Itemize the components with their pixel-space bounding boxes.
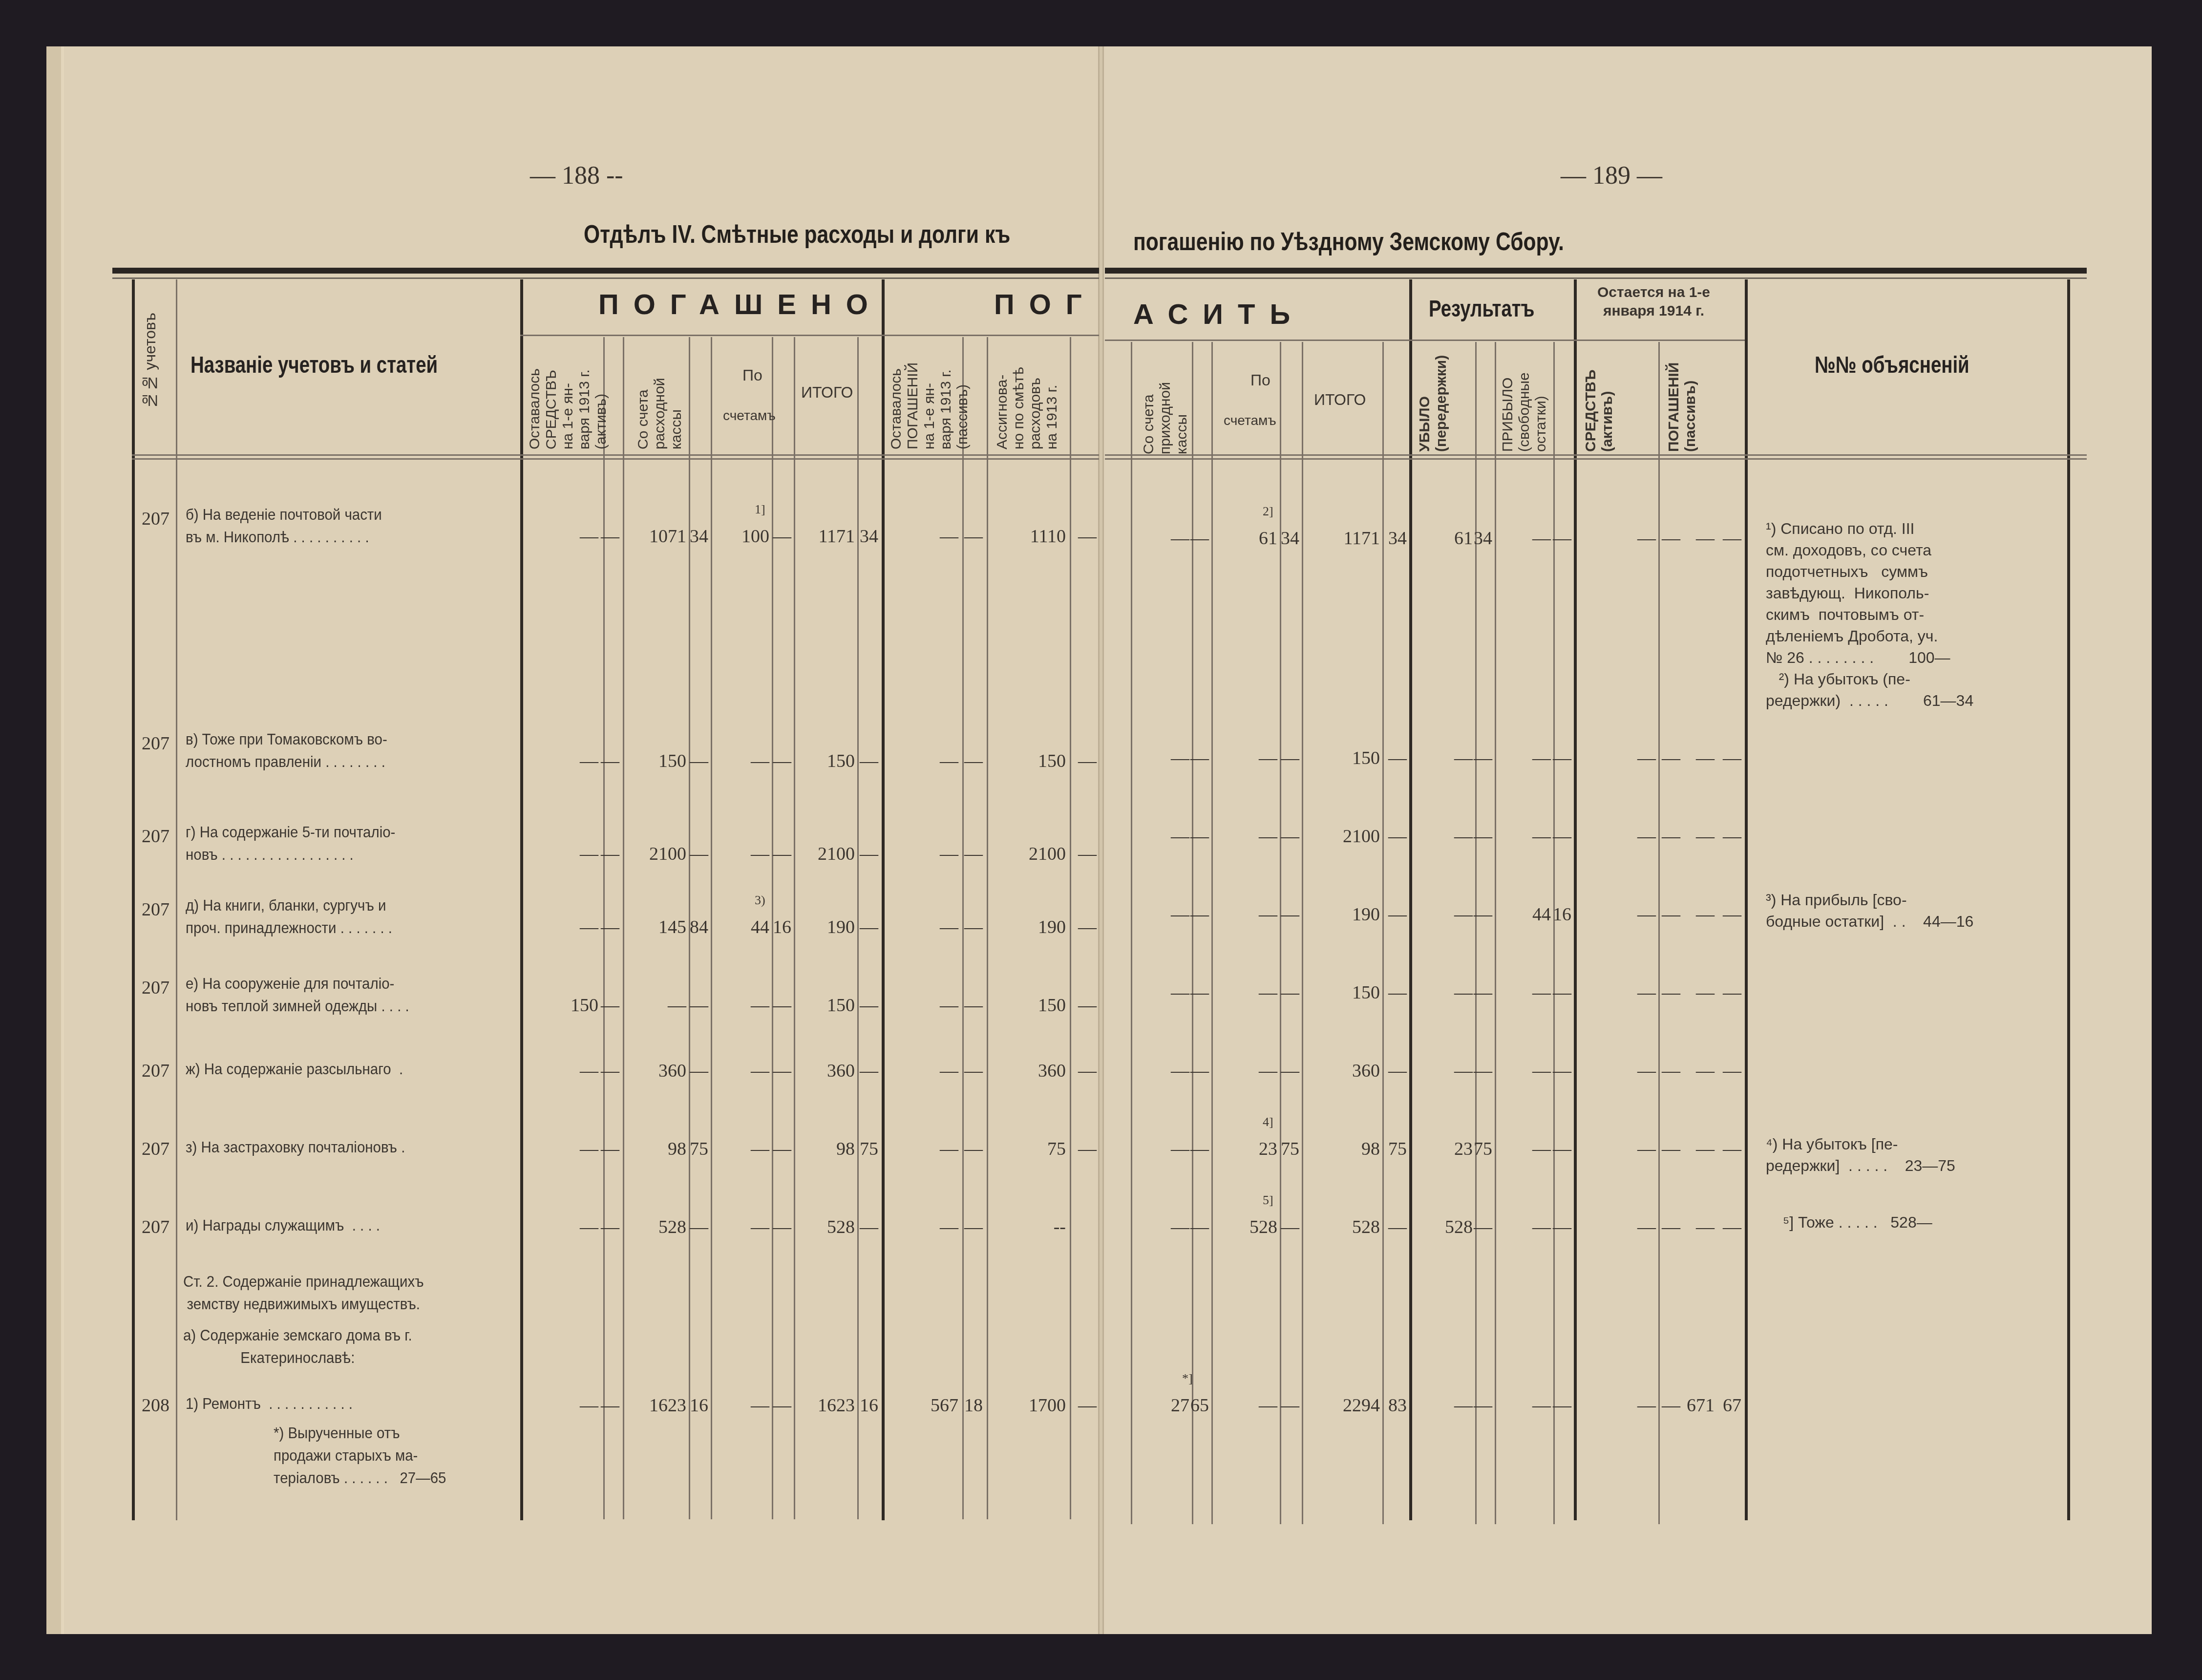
cell-itogo-k: — (1348, 747, 1407, 769)
cell-pribylo-k: 16 (1513, 904, 1571, 925)
header-itogo: ИТОГО (1314, 391, 1366, 409)
header-bottom-rule (132, 454, 1099, 456)
cell-pogash-k: — (1683, 1138, 1741, 1160)
cell-assign-k: — (1038, 995, 1097, 1016)
footnote-marker: *] (1182, 1371, 1193, 1386)
footnote-marker: 1] (755, 502, 765, 517)
col-border (1409, 279, 1412, 1520)
cell-po-schetam-k: — (733, 526, 791, 547)
explanation-1-2: ¹) Списано по отд. III см. доходовъ, со … (1766, 518, 1973, 711)
col-border (132, 279, 135, 1520)
cell-assign-k: — (1038, 843, 1097, 865)
cell-itogo-k: — (1348, 904, 1407, 925)
row-name: з) На застраховку почталіоновъ . (186, 1136, 405, 1158)
cell-rashod-k: 75 (650, 1138, 708, 1160)
col-border (1475, 342, 1477, 1524)
header-bottom-rule (132, 458, 1099, 460)
footnote-star: *) Вырученные отъ продажи старыхъ ма- те… (274, 1422, 446, 1489)
row-name: 1) Ремонтъ . . . . . . . . . . . (186, 1392, 353, 1415)
footnote-marker: 4] (1263, 1115, 1273, 1129)
cell-po-schetam-k: — (733, 843, 791, 865)
cell-itogo-k: 83 (1348, 1395, 1407, 1416)
cell-itogo-k: — (1348, 982, 1407, 1003)
cell-sredstv-k: — (561, 750, 619, 772)
cell-po-schetam-k: — (1241, 904, 1299, 925)
row-name: г) На содержаніе 5-ти почталіо- новъ . .… (186, 821, 395, 866)
cell-itogo-k: 75 (1348, 1138, 1407, 1160)
cell-itogo-k: 34 (820, 526, 878, 547)
col-border (1192, 342, 1193, 1524)
col-border (882, 279, 885, 1520)
cell-assign-k: — (1038, 526, 1097, 547)
cell-po-schetam-k: 75 (1241, 1138, 1299, 1160)
book-gutter (1098, 46, 1104, 1634)
header-schetam: счетамъ (723, 408, 776, 424)
header-po: По (742, 366, 762, 384)
header-uchet-no: №№ учетовъ (142, 313, 158, 409)
cell-prihod-k: — (1150, 747, 1209, 769)
cell-itogo-k: — (820, 916, 878, 938)
cell-pribylo-k: — (1513, 1395, 1571, 1416)
row-name: в) Тоже при Томаковскомъ во- лостномъ пр… (186, 728, 387, 773)
cell-assign-k: — (1038, 1395, 1097, 1416)
cell-pogash-k: — (1683, 826, 1741, 847)
cell-po-schetam-k: — (1241, 747, 1299, 769)
cell-sredstv-k: — (561, 1216, 619, 1238)
explanation-3: ³) На прибыль [сво- бодные остатки] . . … (1766, 889, 1973, 932)
cell-po-schetam-k: 16 (733, 916, 791, 938)
page-title-right: погашенію по Уѣздному Земскому Сбору. (1133, 227, 1564, 256)
cell-itogo-k: 34 (1348, 528, 1407, 549)
header-sredstv: СРЕДСТВЪ (активъ) (1583, 349, 1616, 452)
header-po: По (1250, 371, 1270, 389)
cell-pogash-k: — (924, 526, 983, 547)
page-title-left: Отдѣлъ IV. Смѣтные расходы и долги къ (584, 220, 1010, 249)
cell-prihod-k: — (1150, 1138, 1209, 1160)
col-border (176, 279, 177, 1520)
cell-ubylo-k: 75 (1434, 1138, 1492, 1160)
col-border (1280, 342, 1281, 1524)
subsection-heading: а) Содержаніе земскаго дома въ г. Екатер… (183, 1324, 412, 1369)
col-border (1382, 342, 1384, 1524)
cell-ubylo-k: — (1434, 982, 1492, 1003)
header-name: Названіе учетовъ и статей (191, 352, 438, 379)
cell-rashod-k: — (650, 1216, 708, 1238)
cell-sredstv-k: — (561, 995, 619, 1016)
header-assignovano: Ассигнова- но по смѣтѣ расходовъ на 1913… (994, 342, 1060, 449)
cell-assign: -- (1007, 1216, 1066, 1238)
cell-pogash-k: — (924, 1138, 983, 1160)
cell-pogash-k: — (924, 1060, 983, 1082)
uchet-number: 207 (142, 826, 169, 847)
header-asit: АСИТЬ (1133, 298, 1305, 331)
col-border (794, 337, 795, 1519)
cell-itogo-k: — (1348, 1060, 1407, 1082)
col-border (1658, 342, 1660, 1524)
page-number-right: — 189 — (1561, 161, 1662, 190)
col-border (1495, 342, 1496, 1524)
col-border (1131, 342, 1132, 1524)
cell-itogo-k: — (820, 1216, 878, 1238)
cell-prihod-k: — (1150, 1216, 1209, 1238)
footnote-marker: 2] (1263, 504, 1273, 519)
explanation-4: ⁴) На убытокъ [пе- редержки] . . . . . 2… (1766, 1133, 1955, 1176)
header-schetam: счетамъ (1224, 413, 1276, 428)
header-ubylo: УБЫЛО (передержки) (1417, 349, 1450, 452)
cell-po-schetam-k: — (1241, 826, 1299, 847)
cell-rashod-k: — (650, 1060, 708, 1082)
col-border (520, 279, 523, 1520)
cell-ubylo-k: — (1434, 747, 1492, 769)
cell-po-schetam-k: — (1241, 982, 1299, 1003)
cell-pogash-k: — (924, 1216, 983, 1238)
cell-pribylo-k: — (1513, 1216, 1571, 1238)
header-bottom-rule (1105, 454, 2087, 456)
cell-prihod-k: — (1150, 826, 1209, 847)
col-border (2067, 279, 2070, 1520)
page-number-left: — 188 -- (530, 161, 623, 190)
col-border (1302, 342, 1303, 1524)
cell-ubylo-k: 34 (1434, 528, 1492, 549)
cell-prihod-k: — (1150, 982, 1209, 1003)
cell-prihod-k: — (1150, 904, 1209, 925)
cell-pogash-k: — (1683, 747, 1741, 769)
header-itogo: ИТОГО (801, 383, 853, 402)
header-bottom-rule (1105, 458, 2087, 460)
uchet-number: 207 (142, 508, 169, 530)
cell-itogo-k: — (820, 1060, 878, 1082)
cell-pribylo-k: — (1513, 528, 1571, 549)
cell-pribylo-k: — (1513, 747, 1571, 769)
col-border (1211, 342, 1213, 1524)
footnote-marker: 3) (755, 893, 765, 908)
cell-po-schetam-k: — (1241, 1216, 1299, 1238)
header-so-scheta-rashodnoy: Со счета расходной кассы (635, 357, 685, 449)
cell-pogash-k: 18 (924, 1395, 983, 1416)
cell-po-schetam-k: — (733, 1060, 791, 1082)
cell-assign-k: — (1038, 1138, 1097, 1160)
cell-ubylo-k: — (1434, 1060, 1492, 1082)
explanation-5: ⁵] Тоже . . . . . 528— (1783, 1212, 1932, 1233)
cell-itogo-k: 16 (820, 1395, 878, 1416)
section-heading: Ст. 2. Содержаніе принадлежащихъ земству… (183, 1270, 424, 1315)
cell-ubylo-k: — (1434, 1395, 1492, 1416)
col-border (1553, 342, 1555, 1524)
cell-po-schetam-k: — (733, 1216, 791, 1238)
cell-pogash-k: 67 (1683, 1395, 1741, 1416)
cell-po-schetam-k: — (733, 750, 791, 772)
cell-pribylo-k: — (1513, 982, 1571, 1003)
cell-pribylo-k: — (1513, 826, 1571, 847)
header-ostaetsya: Остается на 1-е января 1914 г. (1597, 283, 1710, 320)
cell-sredstv-k: — (561, 916, 619, 938)
cell-pribylo-k: — (1513, 1060, 1571, 1082)
header-ostavalos-pogasheniy: Оставалось ПОГАШЕНІЙ на 1-е ян- варя 191… (888, 342, 971, 449)
cell-rashod-k: — (650, 750, 708, 772)
header-pogasheno: ПОГАШЕНО (598, 288, 883, 321)
cell-itogo-k: 75 (820, 1138, 878, 1160)
cell-sredstv-k: — (561, 526, 619, 547)
row-name: е) На сооруженіе для почталіо- новъ тепл… (186, 972, 409, 1017)
row-name: д) На книги, бланки, сургучъ и проч. при… (186, 894, 392, 939)
cell-po-schetam-k: — (1241, 1060, 1299, 1082)
cell-pogash-k: — (924, 843, 983, 865)
header-rule-right (1105, 268, 2087, 274)
cell-rashod-k: 84 (650, 916, 708, 938)
cell-po-schetam-k: 34 (1241, 528, 1299, 549)
header-pogasheniy: ПОГАШЕНІЙ (пассивъ) (1666, 349, 1699, 452)
cell-prihod-k: — (1150, 1060, 1209, 1082)
cell-po-schetam-k: — (1241, 1395, 1299, 1416)
header-result: Результатъ (1429, 296, 1535, 322)
col-border (1574, 279, 1577, 1520)
col-border (623, 337, 624, 1519)
uchet-number: 207 (142, 733, 169, 754)
row-name: и) Награды служащимъ . . . . (186, 1214, 380, 1236)
cell-pogash-k: — (1683, 528, 1741, 549)
cell-itogo-k: — (820, 843, 878, 865)
cell-pogash-k: — (1683, 1216, 1741, 1238)
cell-sredstv-k: — (561, 1395, 619, 1416)
cell-sredstv-k: — (561, 843, 619, 865)
cell-rashod-k: — (650, 995, 708, 1016)
cell-assign-k: — (1038, 1060, 1097, 1082)
uchet-number: 207 (142, 1216, 169, 1238)
cell-itogo-k: — (820, 750, 878, 772)
cell-po-schetam-k: — (733, 1138, 791, 1160)
cell-ubylo-k: — (1434, 826, 1492, 847)
cell-pogash-k: — (924, 750, 983, 772)
cell-assign-k: — (1038, 916, 1097, 938)
col-border (987, 337, 988, 1519)
cell-itogo-k: — (820, 995, 878, 1016)
cell-po-schetam-k: — (733, 995, 791, 1016)
group-rule (520, 335, 1099, 336)
row-name: ж) На содержаніе разсыльнаго . (186, 1058, 403, 1080)
cell-po-schetam-k: — (733, 1395, 791, 1416)
col-border (1745, 279, 1748, 1520)
cell-rashod-k: 16 (650, 1395, 708, 1416)
cell-pribylo-k: — (1513, 1138, 1571, 1160)
group-rule (1105, 340, 1745, 341)
uchet-number: 207 (142, 1060, 169, 1082)
header-rule-left (112, 268, 1099, 274)
row-name: б) На веденіе почтовой части въ м. Никоп… (186, 503, 382, 548)
cell-rashod-k: 34 (650, 526, 708, 547)
header-so-scheta-prihodnoy: Со счета приходной кассы (1141, 352, 1190, 454)
cell-prihod-k: — (1150, 528, 1209, 549)
header-ostavalos-sredstv: Оставалось СРЕДСТВЪ на 1-е ян- варя 1913… (527, 342, 610, 449)
cell-sredstv-k: — (561, 1060, 619, 1082)
cell-sredstv-k: — (561, 1138, 619, 1160)
cell-pogash-k: — (924, 916, 983, 938)
cell-assign-k: — (1038, 750, 1097, 772)
footnote-marker: 5] (1263, 1193, 1273, 1208)
cell-itogo-k: — (1348, 1216, 1407, 1238)
uchet-number: 208 (142, 1395, 169, 1416)
cell-ubylo-k: — (1434, 1216, 1492, 1238)
uchet-number: 207 (142, 1138, 169, 1160)
uchet-number: 207 (142, 977, 169, 999)
cell-itogo-k: — (1348, 826, 1407, 847)
cell-rashod-k: — (650, 843, 708, 865)
cell-pogash-k: — (1683, 982, 1741, 1003)
cell-pogash-k: — (924, 995, 983, 1016)
header-explanations: №№ объясненій (1815, 352, 1969, 379)
header-subrule-left (112, 277, 1099, 279)
cell-pogash-k: — (1683, 1060, 1741, 1082)
header-subrule-right (1105, 277, 2087, 279)
cell-pogash-k: — (1683, 904, 1741, 925)
uchet-number: 207 (142, 899, 169, 920)
header-pribylo: ПРИБЫЛО (свободные остатки) (1500, 349, 1549, 452)
header-pog: ПОГ (994, 288, 1097, 321)
cell-ubylo-k: — (1434, 904, 1492, 925)
cell-prihod-k: 65 (1150, 1395, 1209, 1416)
